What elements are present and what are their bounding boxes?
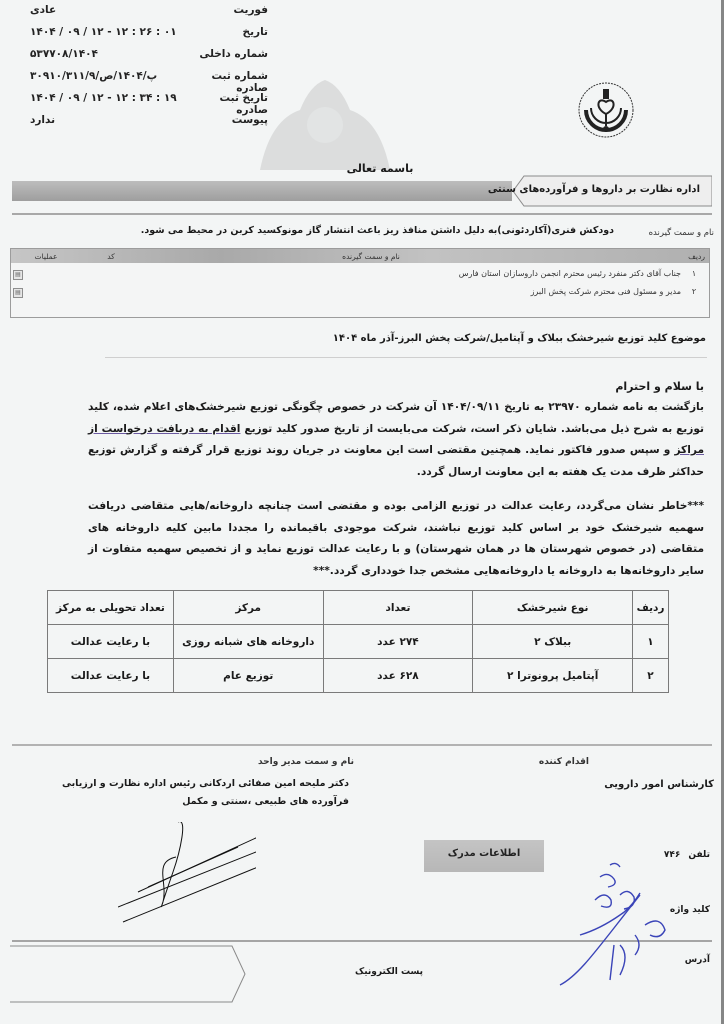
column-header: نوع شیرخشک <box>473 591 633 625</box>
column-header: تعداد <box>323 591 473 625</box>
letter-subject: موضوع کلید توزیع شیرخشک ببلاک و آپتامیل/… <box>333 333 706 344</box>
recipient-name: مدیر و مسئول فنی محترم شرکت پخش البرز <box>531 287 681 301</box>
meta-outgoing-date: تاریخ ثبت صادره ۱۴۰۴ / ۰۹ / ۱۲ - ۱۲ : ۳۴… <box>28 92 268 114</box>
manager-label: نام و سمت مدیر واحد <box>258 757 354 767</box>
divider <box>12 744 712 746</box>
department-title: اداره نظارت بر داروها و فرآورده‌های سنتی <box>488 184 700 195</box>
divider <box>12 213 712 215</box>
column-header-ops: عملیات <box>11 252 81 261</box>
table-cell: توزیع عام <box>173 659 323 693</box>
meta-label: شماره داخلی <box>190 48 268 60</box>
table-cell: ۱ <box>633 625 669 659</box>
recipients-grid-header: ردیف نام و سمت گیرنده کد عملیات <box>11 249 709 263</box>
handwritten-annotation-icon <box>540 855 690 995</box>
actor-value: کارشناس امور دارویی <box>604 779 714 790</box>
table-cell: ببلاک ۲ <box>473 625 633 659</box>
meta-label: فوریت <box>190 4 268 16</box>
table-cell: داروخانه های شبانه روزی <box>173 625 323 659</box>
meta-date: تاریخ ۱۴۰۴ / ۰۹ / ۱۲ - ۱۲ : ۲۶ : ۰۱ <box>28 26 268 48</box>
phone-label: تلفن <box>688 850 710 860</box>
column-header-row: ردیف <box>681 252 709 261</box>
column-header: تعداد تحویلی به مرکز <box>48 591 174 625</box>
table-cell: با رعایت عدالت <box>48 625 174 659</box>
table-cell: ۲۷۴ عدد <box>323 625 473 659</box>
paragraph-text: و سپس صدور فاکتور نماید. همچنین مقتضی اس… <box>88 444 704 478</box>
email-label: پست الکترونیک <box>355 967 423 977</box>
table-header-row: ردیف نوع شیرخشک تعداد مرکز تعداد تحویلی … <box>48 591 669 625</box>
table-cell: آپتامیل پرونوترا ۲ <box>473 659 633 693</box>
actor-label: اقدام کننده <box>539 757 589 767</box>
basmala-heading: باسمه تعالی <box>300 162 460 175</box>
university-emblem-icon <box>576 80 636 142</box>
recipient-number: ۲ <box>689 287 699 301</box>
table-cell: با رعایت عدالت <box>48 659 174 693</box>
recipient-label: نام و سمت گیرنده <box>649 228 714 238</box>
table-cell: ۶۲۸ عدد <box>323 659 473 693</box>
meta-internal-number: شماره داخلی ۵۳۷۷۰۸/۱۴۰۴ <box>28 48 268 70</box>
meta-value: ندارد <box>28 114 190 126</box>
divider <box>105 357 707 358</box>
email-box-shape <box>10 945 246 1003</box>
letter-paragraph-2: ***خاطر نشان می‌گردد، رعایت عدالت در توز… <box>88 496 704 582</box>
column-header-code: کد <box>81 252 141 261</box>
meta-value: ۵۳۷۷۰۸/۱۴۰۴ <box>28 48 190 60</box>
column-header: ردیف <box>633 591 669 625</box>
meta-value: ۳۰۹۱۰/۳۱۱/۹/پ/۱۴۰۴/ص <box>28 70 190 82</box>
document-page: فوریت عادی تاریخ ۱۴۰۴ / ۰۹ / ۱۲ - ۱۲ : ۲… <box>0 0 724 1024</box>
column-header-name: نام و سمت گیرنده <box>141 252 681 261</box>
distribution-table: ردیف نوع شیرخشک تعداد مرکز تعداد تحویلی … <box>47 590 669 693</box>
meta-outgoing-number: شماره ثبت صادره ۳۰۹۱۰/۳۱۱/۹/پ/۱۴۰۴/ص <box>28 70 268 92</box>
table-row: ۱ ببلاک ۲ ۲۷۴ عدد داروخانه های شبانه روز… <box>48 625 669 659</box>
meta-value: عادی <box>28 4 190 16</box>
letter-meta: فوریت عادی تاریخ ۱۴۰۴ / ۰۹ / ۱۲ - ۱۲ : ۲… <box>28 4 268 136</box>
meta-label: تاریخ <box>190 26 268 38</box>
manager-value: دکتر ملیحه امین صفائی اردکانی رئیس اداره… <box>34 775 349 811</box>
signature-icon <box>118 822 256 924</box>
watermark-ornament-icon <box>250 80 400 170</box>
meta-value: ۱۴۰۴ / ۰۹ / ۱۲ - ۱۲ : ۲۶ : ۰۱ <box>28 26 190 38</box>
column-header: مرکز <box>173 591 323 625</box>
edit-icon[interactable]: ▤ <box>13 270 23 280</box>
recipients-grid: ردیف نام و سمت گیرنده کد عملیات ۱ جناب آ… <box>10 248 710 318</box>
salutation: با سلام و احترام <box>615 380 704 393</box>
banner-bar <box>12 181 512 201</box>
recipient-number: ۱ <box>689 269 699 283</box>
recipient-name: جناب آقای دکتر منفرد رئیس محترم انجمن دا… <box>459 269 681 283</box>
table-cell: ۲ <box>633 659 669 693</box>
letter-paragraph-1: بازگشت به نامه شماره ۲۳۹۷۰ به تاریخ ۱۴۰۴… <box>88 397 704 483</box>
edit-icon[interactable]: ▤ <box>13 288 23 298</box>
note-text: دودکش فنری(آکاردئونی)به دلیل داشتن منافذ… <box>141 225 614 236</box>
recipient-row: ۲ مدیر و مسئول فنی محترم شرکت پخش البرز <box>531 287 699 301</box>
table-row: ۲ آپتامیل پرونوترا ۲ ۶۲۸ عدد توزیع عام ب… <box>48 659 669 693</box>
meta-priority: فوریت عادی <box>28 4 268 26</box>
recipient-row: ۱ جناب آقای دکتر منفرد رئیس محترم انجمن … <box>459 269 699 283</box>
document-info-button[interactable]: اطلاعات مدرک <box>424 840 544 872</box>
meta-value: ۱۴۰۴ / ۰۹ / ۱۲ - ۱۲ : ۳۴ : ۱۹ <box>28 92 190 104</box>
meta-attachment: پیوست ندارد <box>28 114 268 136</box>
department-banner: اداره نظارت بر داروها و فرآورده‌های سنتی <box>12 175 712 207</box>
